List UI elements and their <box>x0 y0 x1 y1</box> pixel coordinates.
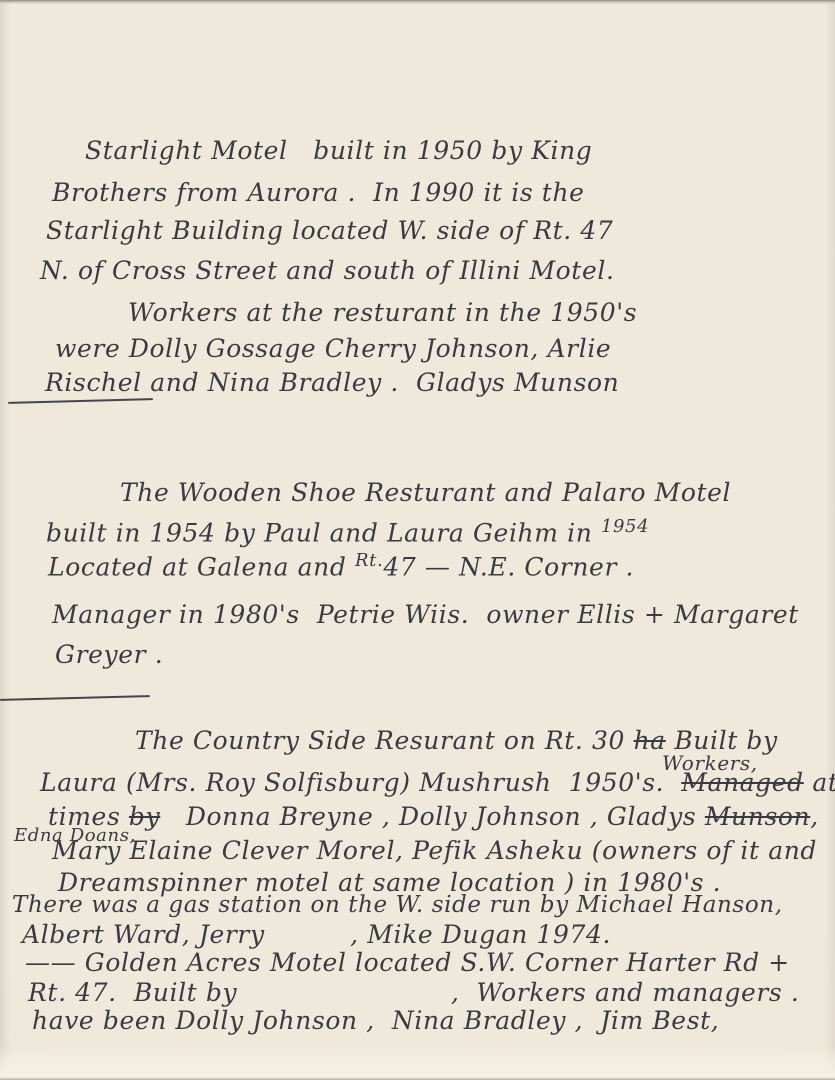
text-segment: Brothers from Aurora . In 1990 it is the <box>52 178 585 207</box>
pen-dash-mark <box>8 398 153 404</box>
handwritten-line: Greyer . <box>55 642 163 667</box>
handwritten-line: times by Donna Breyne , Dolly Johnson , … <box>48 804 819 829</box>
text-segment: —— Golden Acres Motel located S.W. Corne… <box>25 948 790 977</box>
handwritten-line: Starlight Motel built in 1950 by King <box>85 138 592 163</box>
struck-word: ha <box>634 726 666 755</box>
superscript-word: 1954 <box>601 516 649 537</box>
text-segment: The Wooden Shoe Resturant and Palaro Mot… <box>120 478 731 507</box>
text-segment: have been Dolly Johnson , Nina Bradley ,… <box>32 1006 719 1035</box>
text-segment: Manager in 1980's Petrie Wiis. owner Ell… <box>52 600 799 629</box>
text-segment: Located at Galena and <box>48 552 355 581</box>
handwritten-line: The Country Side Resurant on Rt. 30 ha B… <box>135 728 778 753</box>
text-segment: Albert Ward, Jerry , Mike Dugan 1974. <box>22 920 611 949</box>
handwritten-line: Located at Galena and Rt.47 — N.E. Corne… <box>48 552 634 579</box>
pen-dash-mark <box>0 695 150 701</box>
text-segment: There was a gas station on the W. side r… <box>12 892 783 918</box>
struck-word: Managed <box>681 768 804 797</box>
handwritten-line: Brothers from Aurora . In 1990 it is the <box>52 180 585 205</box>
text-segment: Workers at the resturant in the 1950's <box>128 298 637 327</box>
text-segment: at <box>804 768 835 797</box>
text-segment: N. of Cross Street and south of Illini M… <box>40 256 615 285</box>
text-segment: built in 1954 by Paul and Laura Geihm in <box>46 518 601 547</box>
text-segment: Rischel and Nina Bradley . Gladys Munson <box>45 368 619 397</box>
handwritten-line: Starlight Building located W. side of Rt… <box>46 218 613 243</box>
text-segment: Starlight Motel built in 1950 by King <box>85 136 592 165</box>
handwritten-line: Workers at the resturant in the 1950's <box>128 300 637 325</box>
text-segment: The Country Side Resurant on Rt. 30 <box>135 726 634 755</box>
handwritten-line: Mary Elaine Clever Morel, Pefik Asheku (… <box>52 838 817 863</box>
text-segment: Donna Breyne , Dolly Johnson , Gladys <box>160 802 705 831</box>
handwritten-line: Albert Ward, Jerry , Mike Dugan 1974. <box>22 922 611 947</box>
handwritten-line: Laura (Mrs. Roy Solfisburg) Mushrush 195… <box>40 770 835 795</box>
text-segment: Mary Elaine Clever Morel, Pefik Asheku (… <box>52 836 817 865</box>
text-segment: , <box>810 802 819 831</box>
handwritten-line: There was a gas station on the W. side r… <box>12 894 783 917</box>
superscript-word: Rt. <box>355 550 383 571</box>
struck-word: Munson <box>705 802 810 831</box>
text-segment: Starlight Building located W. side of Rt… <box>46 216 613 245</box>
text-segment: Rt. 47. Built by , Workers and managers … <box>28 978 799 1007</box>
handwritten-line: built in 1954 by Paul and Laura Geihm in… <box>46 518 649 545</box>
handwritten-line: —— Golden Acres Motel located S.W. Corne… <box>25 950 790 975</box>
text-segment: 47 — N.E. Corner . <box>383 552 634 581</box>
handwritten-line: were Dolly Gossage Cherry Johnson, Arlie <box>55 336 611 361</box>
text-segment: Laura (Mrs. Roy Solfisburg) Mushrush 195… <box>40 768 681 797</box>
handwritten-line: Manager in 1980's Petrie Wiis. owner Ell… <box>52 602 799 627</box>
text-segment: Greyer . <box>55 640 163 669</box>
text-segment: were Dolly Gossage Cherry Johnson, Arlie <box>55 334 611 363</box>
handwritten-line: N. of Cross Street and south of Illini M… <box>40 258 615 283</box>
handwritten-line: have been Dolly Johnson , Nina Bradley ,… <box>32 1008 719 1033</box>
handwritten-page: Starlight Motel built in 1950 by KingBro… <box>0 0 835 1080</box>
handwritten-line: The Wooden Shoe Resturant and Palaro Mot… <box>120 480 731 505</box>
handwritten-line: Rt. 47. Built by , Workers and managers … <box>28 980 799 1005</box>
handwritten-line: Rischel and Nina Bradley . Gladys Munson <box>45 370 619 395</box>
